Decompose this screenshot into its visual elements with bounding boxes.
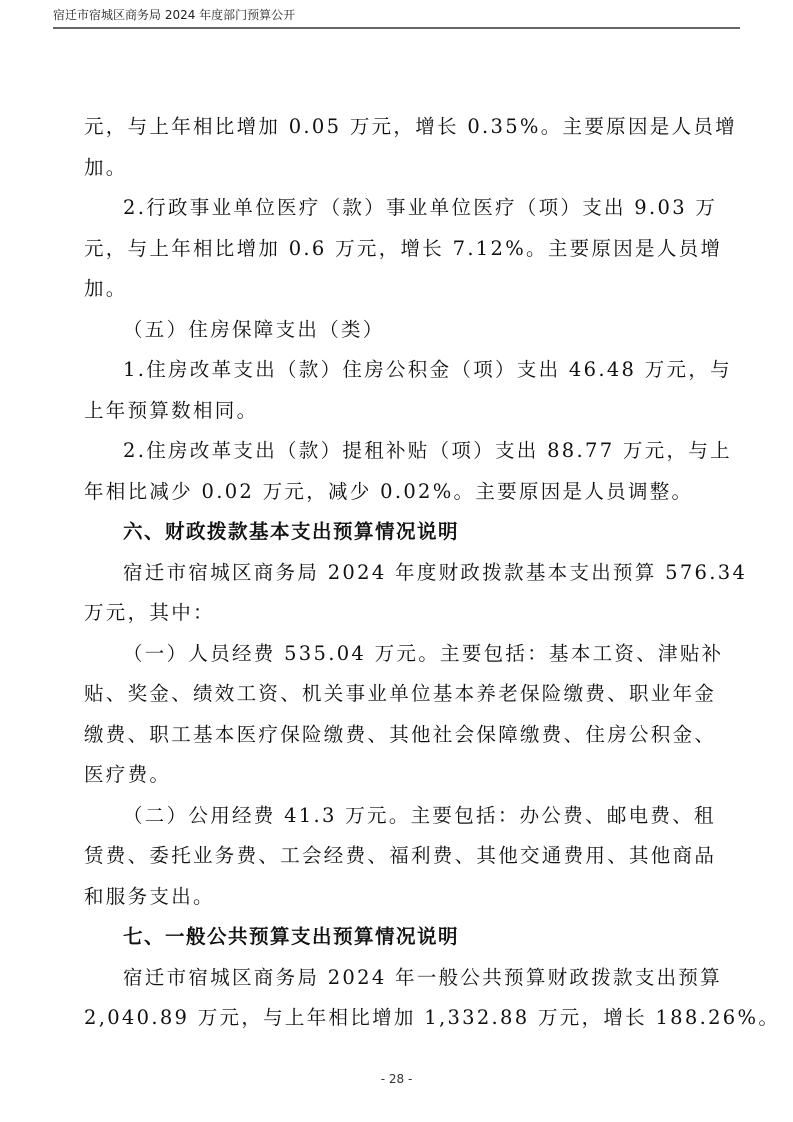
paragraph-line: 1.住房改革支出（款）住房公积金（项）支出 46.48 万元，与 <box>84 350 712 391</box>
paragraph-line: 2.住房改革支出（款）提租补贴（项）支出 88.77 万元，与上 <box>84 431 712 472</box>
paragraph-line: （一）人员经费 535.04 万元。主要包括：基本工资、津贴补 <box>84 634 712 675</box>
paragraph-line: 缴费、职工基本医疗保险缴费、其他社会保障缴费、住房公积金、 <box>84 715 712 756</box>
paragraph-line: 和服务支出。 <box>84 877 712 918</box>
paragraph-line: 万元，其中： <box>84 593 712 634</box>
paragraph-line: 加。 <box>84 269 712 310</box>
header-divider <box>53 27 740 29</box>
paragraph-line: 宿迁市宿城区商务局 2024 年一般公共预算财政拨款支出预算 <box>84 958 712 999</box>
paragraph-line: 年相比减少 0.02 万元，减少 0.02%。主要原因是人员调整。 <box>84 472 712 513</box>
paragraph-line: 贴、奖金、绩效工资、机关事业单位基本养老保险缴费、职业年金 <box>84 674 712 715</box>
paragraph-line: 元，与上年相比增加 0.05 万元，增长 0.35%。主要原因是人员增 <box>84 107 712 148</box>
document-body: 元，与上年相比增加 0.05 万元，增长 0.35%。主要原因是人员增 加。 2… <box>84 107 712 1039</box>
section-heading-six: 六、财政拨款基本支出预算情况说明 <box>84 512 712 553</box>
paragraph-line: 宿迁市宿城区商务局 2024 年度财政拨款基本支出预算 576.34 <box>84 553 712 594</box>
paragraph-line: 医疗费。 <box>84 755 712 796</box>
paragraph-line: （二）公用经费 41.3 万元。主要包括：办公费、邮电费、租 <box>84 796 712 837</box>
paragraph-line: 2.行政事业单位医疗（款）事业单位医疗（项）支出 9.03 万 <box>84 188 712 229</box>
paragraph-line: 上年预算数相同。 <box>84 391 712 432</box>
page-number: - 28 - <box>0 1072 793 1086</box>
paragraph-line: 赁费、委托业务费、工会经费、福利费、其他交通费用、其他商品 <box>84 836 712 877</box>
page-header-title: 宿迁市宿城区商务局 2024 年度部门预算公开 <box>53 6 295 23</box>
paragraph-line: 加。 <box>84 148 712 189</box>
section-heading-seven: 七、一般公共预算支出预算情况说明 <box>84 917 712 958</box>
subsection-heading: （五）住房保障支出（类） <box>84 310 712 351</box>
paragraph-line: 元，与上年相比增加 0.6 万元，增长 7.12%。主要原因是人员增 <box>84 229 712 270</box>
paragraph-line: 2,040.89 万元，与上年相比增加 1,332.88 万元，增长 188.2… <box>84 998 712 1039</box>
